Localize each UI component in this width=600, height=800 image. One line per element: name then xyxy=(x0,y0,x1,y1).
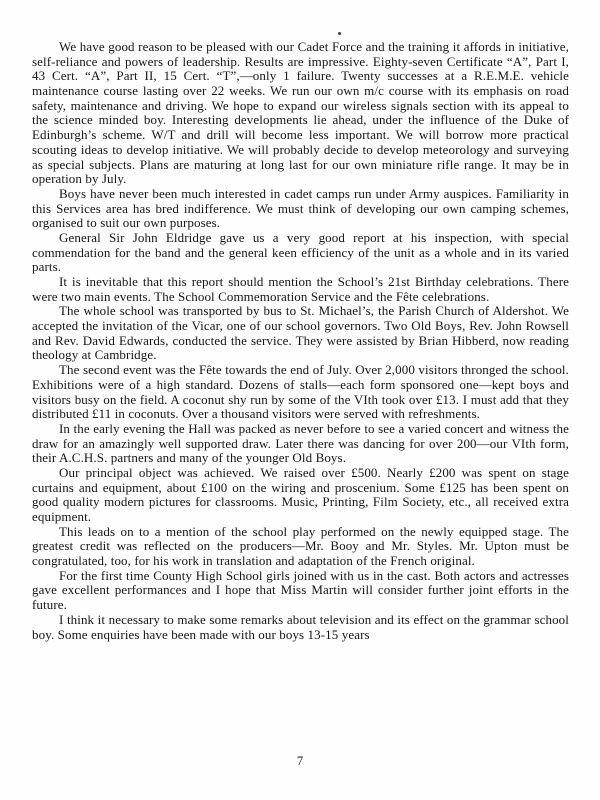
paragraph: This leads on to a mention of the school… xyxy=(32,525,569,569)
paragraph: We have good reason to be pleased with o… xyxy=(32,40,569,187)
page-number: 7 xyxy=(0,754,600,769)
paragraph: The whole school was transported by bus … xyxy=(32,304,569,363)
paragraph: General Sir John Eldridge gave us a very… xyxy=(32,231,569,275)
paragraph: I think it necessary to make some remark… xyxy=(32,613,569,642)
paragraph: Boys have never been much interested in … xyxy=(32,187,569,231)
document-page: We have good reason to be pleased with o… xyxy=(0,0,600,800)
scan-artifact-dot xyxy=(338,32,341,35)
paragraph: Our principal object was achieved. We ra… xyxy=(32,466,569,525)
paragraph: It is inevitable that this report should… xyxy=(32,275,569,304)
paragraph: The second event was the Fête towards th… xyxy=(32,363,569,422)
document-body: We have good reason to be pleased with o… xyxy=(32,40,569,642)
paragraph: For the first time County High School gi… xyxy=(32,569,569,613)
paragraph: In the early evening the Hall was packed… xyxy=(32,422,569,466)
